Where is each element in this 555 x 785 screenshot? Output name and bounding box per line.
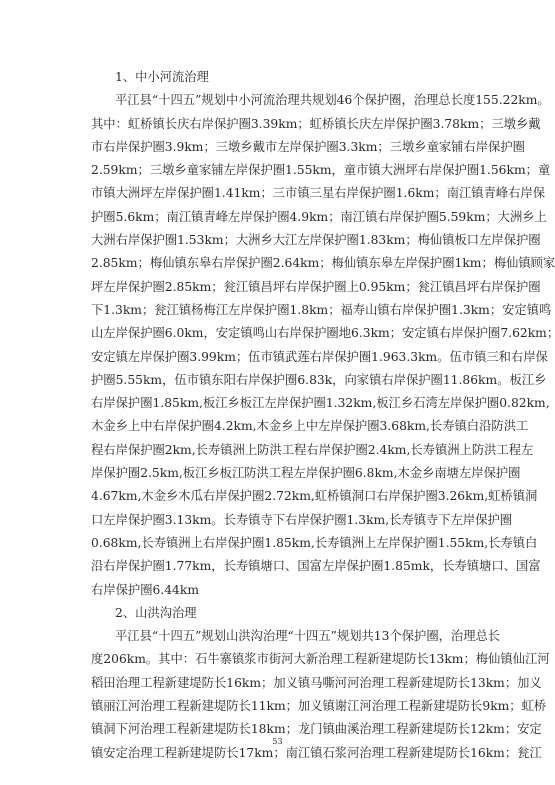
- paragraph-line: 稻田治理工程新建堤防长16km；加义镇马嘶河河治理工程新建堤防长13km；加义: [91, 672, 488, 695]
- paragraph-line: 4.67km,木金乡木瓜右岸保护圈2.72km,虹桥镇洞口右岸保护圈3.26km…: [91, 485, 488, 508]
- paragraph-line: 程右岸保护圈2km,长寿镇洲上防洪工程右岸保护圈2.4km,长寿镇洲上防洪工程左: [91, 439, 488, 462]
- paragraph-line: 木金乡上中右岸保护圈4.2km,木金乡上中左岸保护圈3.68km,长寿镇白沿防洪…: [91, 415, 488, 438]
- paragraph-line: 2.85km；梅仙镇东皋右岸保护圈2.64km；梅仙镇东皋左岸保护圈1km；梅仙…: [91, 252, 488, 275]
- section-heading-1: 1、中小河流治理: [91, 66, 488, 89]
- paragraph-line: 坪左岸保护圈2.85km；瓮江镇昌坪右岸保护圈上0.95km；瓮江镇昌坪右岸保护…: [91, 276, 488, 299]
- paragraph-line: 市右岸保护圈3.9km；三墩乡戴市左岸保护圈3.3km；三墩乡童家铺右岸保护圈: [91, 136, 488, 159]
- paragraph-line: 市镇大洲坪左岸保护圈1.41km；三市镇三星右岸保护圈1.6km；南江镇青峰右岸…: [91, 182, 488, 205]
- document-page: 1、中小河流治理 平江县“十四五”规划中小河流治理共规划46个保护圈，治理总长度…: [0, 0, 555, 785]
- paragraph-line: 护圈5.6km；南江镇青峰左岸保护圈4.9km；南江镇右岸保护圈5.59km；大…: [91, 206, 488, 229]
- paragraph-line: 平江县“十四五”规划中小河流治理共规划46个保护圈，治理总长度155.22km。: [91, 89, 488, 112]
- paragraph-line: 镇丽江河治理工程新建堤防长11km；加义镇谢江河治理工程新建堤防长9km；虹桥: [91, 695, 488, 718]
- paragraph-line: 山左岸保护圈6.0km，安定镇鸣山右岸保护圈地6.3km；安定镇右岸保护圈7.6…: [91, 322, 488, 345]
- paragraph-line: 平江县“十四五”规划山洪沟治理“十四五”规划共13个保护圈，治理总长: [91, 625, 488, 648]
- document-body: 1、中小河流治理 平江县“十四五”规划中小河流治理共规划46个保护圈，治理总长度…: [91, 66, 488, 765]
- paragraph-line: 口左岸保护圈3.13km。长寿镇寺下右岸保护圈1.3km,长寿镇寺下左岸保护圈: [91, 509, 488, 532]
- paragraph-line: 右岸保护圈6.44km: [91, 579, 488, 602]
- paragraph-line: 护圈5.55km，伍市镇东阳右岸保护圈6.83k，向家镇右岸保护圈11.86km…: [91, 369, 488, 392]
- paragraph-line: 其中：虹桥镇长庆右岸保护圈3.39km；虹桥镇长庆左岸保护圈3.78km；三墩乡…: [91, 113, 488, 136]
- paragraph-line: 沿右岸保护圈1.77km，长寿镇塘口、国富左岸保护圈1.85mk，长寿镇塘口、国…: [91, 555, 488, 578]
- paragraph-line: 安定镇左岸保护圈3.99km；伍市镇武莲右岸保护圈1.963.3km。伍市镇三和…: [91, 346, 488, 369]
- paragraph-line: 右岸保护圈1.85km,板江乡板江左岸保护圈1.32km,板江乡石湾左岸保护圈0…: [91, 392, 488, 415]
- paragraph-line: 岸保护圈2.5km,板江乡板江防洪工程左岸保护圈6.8km,木金乡南塘左岸保护圈: [91, 462, 488, 485]
- paragraph-line: 大洲右岸保护圈1.53km；大洲乡大江左岸保护圈1.83km；梅仙镇板口左岸保护…: [91, 229, 488, 252]
- paragraph-line: 下1.3km；瓮江镇杨梅江左岸保护圈1.8km；福寿山镇右岸保护圈1.3km；安…: [91, 299, 488, 322]
- paragraph-line: 0.68km,长寿镇洲上右岸保护圈1.85km,长寿镇洲上左岸保护圈1.55km…: [91, 532, 488, 555]
- paragraph-line: 度206km。其中：石牛寨镇浆市街河大新治理工程新建堤防长13km；梅仙镇仙江河: [91, 648, 488, 671]
- paragraph-line: 2.59km；三墩乡童家铺左岸保护圈1.55km，童市镇大洲坪右岸保护圈1.56…: [91, 159, 488, 182]
- section-heading-2: 2、山洪沟治理: [91, 602, 488, 625]
- page-number: 53: [0, 737, 555, 746]
